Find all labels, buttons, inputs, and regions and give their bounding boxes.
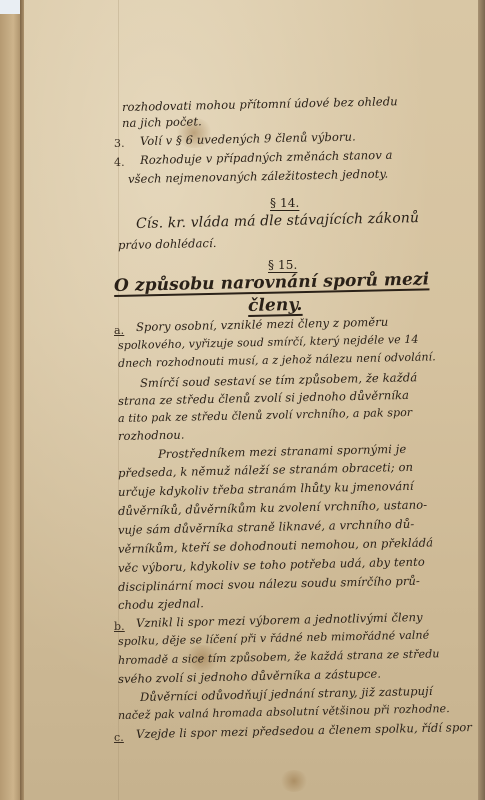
section-mark-15: § 15.: [268, 258, 297, 272]
section-mark-14: § 14.: [270, 196, 299, 210]
section-heading-continued: členy.: [248, 295, 303, 316]
item-number: 3.: [114, 137, 125, 150]
para-label-a: a.: [114, 324, 124, 337]
ink-stain: [279, 770, 309, 792]
page-edge: [478, 0, 485, 800]
text-line: rozhodnou.: [118, 428, 185, 443]
text-line: právo dohlédací.: [118, 236, 217, 252]
text-line: chodu zjednal.: [118, 596, 204, 612]
item-number: 4.: [114, 156, 125, 169]
text-line: na jich počet.: [122, 114, 202, 130]
para-label-b: b.: [114, 620, 125, 633]
facing-page-edge: [0, 0, 22, 800]
para-label-c: c.: [114, 731, 124, 744]
